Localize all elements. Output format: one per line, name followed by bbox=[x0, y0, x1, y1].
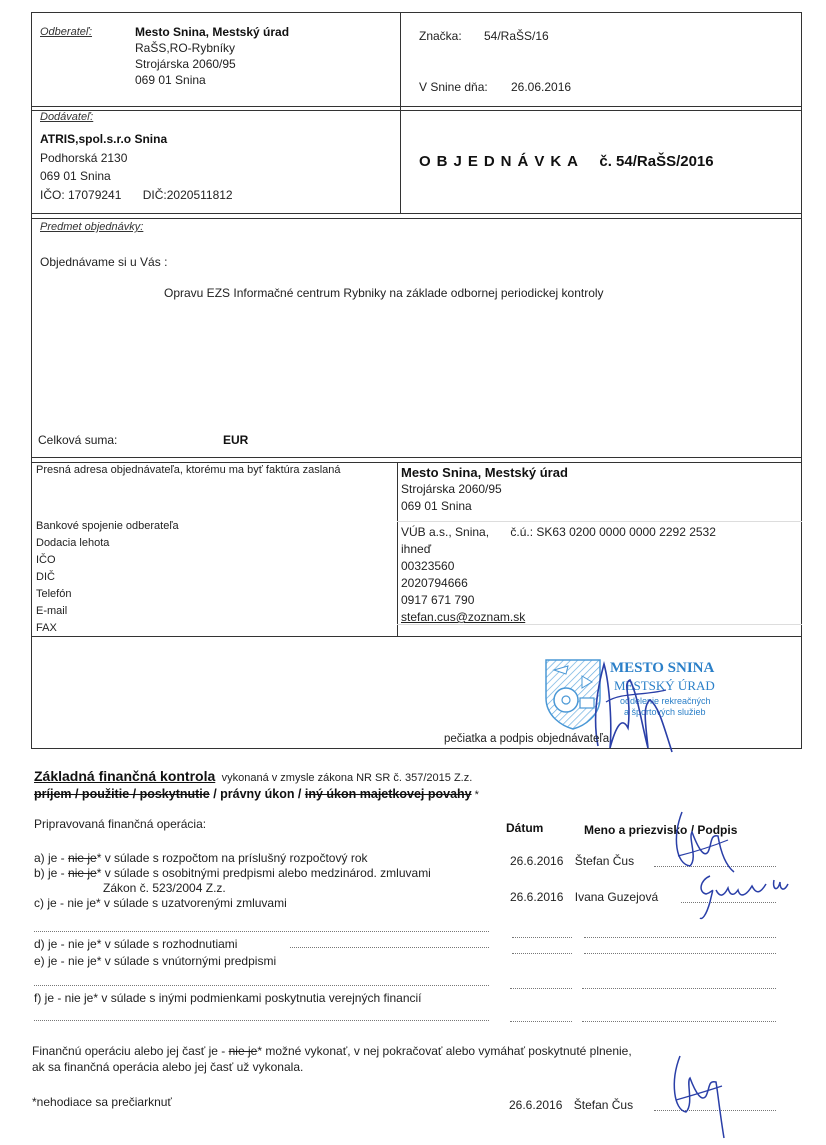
control-title-row: Základná finančná kontrola vykonaná v zm… bbox=[34, 768, 472, 784]
name-dotted-line bbox=[584, 937, 776, 938]
orderer-label: Odberateľ: bbox=[40, 26, 92, 38]
signature-name: Štefan Čus bbox=[575, 854, 634, 868]
control-title-rest: vykonaná v zmysle zákona NR SR č. 357/20… bbox=[222, 772, 473, 784]
delivery-value: ihneď bbox=[401, 541, 716, 558]
control-item-f: f) je - nie je* v súlade s inými podmien… bbox=[34, 990, 422, 1006]
type-struck-1: príjem / použitie / poskytnutie bbox=[34, 787, 210, 801]
signature-icon bbox=[668, 1052, 728, 1142]
supplier-line: Podhorská 2130 bbox=[40, 149, 233, 168]
order-title: OBJEDNÁVKA č. 54/RaŠS/2016 bbox=[419, 153, 714, 170]
orderer-line: RaŠS,RO-Rybníky bbox=[135, 40, 289, 56]
bank-name: VÚB a.s., Snina, bbox=[401, 525, 489, 539]
divider bbox=[397, 462, 398, 636]
date-dotted-line bbox=[510, 1021, 572, 1022]
signature-name: Ivana Guzejová bbox=[575, 890, 658, 904]
type-kept: / právny úkon / bbox=[210, 787, 305, 801]
bank-row: VÚB a.s., Snina, č.ú.: SK63 0200 0000 00… bbox=[401, 524, 716, 541]
supplier-block: ATRIS,spol.s.r.o Snina Podhorská 2130 06… bbox=[40, 130, 233, 204]
signature-icon bbox=[694, 872, 794, 922]
signature-icon bbox=[668, 808, 738, 878]
signature-row: 26.6.2016 Štefan Čus bbox=[510, 853, 634, 869]
dotted-line bbox=[290, 947, 489, 948]
control-item-e: e) je - nie je* v súlade s vnútornými pr… bbox=[34, 953, 276, 969]
divider bbox=[31, 457, 802, 458]
total-label: Celková suma: bbox=[38, 432, 117, 448]
divider bbox=[31, 218, 802, 219]
final-statement-line-2: ak sa finančná operácia alebo jej časť u… bbox=[32, 1059, 632, 1075]
divider bbox=[31, 106, 802, 107]
subject-intro: Objednávame si u Vás : bbox=[40, 254, 167, 270]
orderer-line: Strojárska 2060/95 bbox=[135, 56, 289, 72]
name-dotted-line bbox=[582, 1021, 776, 1022]
date-dotted-line bbox=[510, 988, 572, 989]
final-signature-date: 26.6.2016 bbox=[509, 1098, 562, 1112]
billing-address-label: Presná adresa objednávateľa, ktorému ma … bbox=[36, 462, 341, 479]
ico-value: 00323560 bbox=[401, 558, 716, 575]
bank-account: č.ú.: SK63 0200 0000 0000 2292 2532 bbox=[510, 525, 716, 539]
znacka-label: Značka: bbox=[419, 28, 462, 44]
type-asterisk: * bbox=[472, 789, 479, 801]
billing-row-label: Telefón bbox=[36, 586, 179, 603]
divider bbox=[31, 110, 802, 111]
date-dotted-line bbox=[512, 953, 572, 954]
control-item-d: d) je - nie je* v súlade s rozhodnutiami bbox=[34, 936, 237, 952]
supplier-line: 069 01 Snina bbox=[40, 167, 233, 186]
supplier-ids: IČO: 17079241 DIČ:2020511812 bbox=[40, 186, 233, 205]
orderer-block: Mesto Snina, Mestský úrad RaŠS,RO-Rybník… bbox=[135, 24, 289, 88]
dotted-line bbox=[34, 985, 489, 986]
supplier-dic: DIČ:2020511812 bbox=[143, 188, 233, 202]
footnote: *nehodiace sa prečiarknuť bbox=[32, 1094, 172, 1110]
billing-address-line: Strojárska 2060/95 bbox=[401, 481, 568, 498]
billing-row-label: FAX bbox=[36, 620, 179, 637]
order-number: č. 54/RaŠS/2016 bbox=[599, 153, 713, 170]
control-item-b: b) je - nie je* v súlade s osobitnými pr… bbox=[34, 866, 431, 881]
control-item-a: a) je - nie je* v súlade s rozpočtom na … bbox=[34, 851, 431, 866]
control-title: Základná finančná kontrola bbox=[34, 768, 215, 784]
signature-row: 26.6.2016 Ivana Guzejová bbox=[510, 889, 658, 905]
stamp-caption: pečiatka a podpis objednávateľa bbox=[444, 731, 609, 748]
divider bbox=[31, 213, 802, 214]
dic-value: 2020794666 bbox=[401, 575, 716, 592]
billing-row-label: DIČ bbox=[36, 569, 179, 586]
billing-row-label: IČO bbox=[36, 552, 179, 569]
col-date-header: Dátum bbox=[506, 820, 543, 836]
name-dotted-line bbox=[582, 988, 776, 989]
final-statement-line-1: Finančnú operáciu alebo jej časť je - ni… bbox=[32, 1043, 632, 1059]
phone-value: 0917 671 790 bbox=[401, 592, 716, 609]
final-signature-name: Štefan Čus bbox=[574, 1098, 633, 1112]
total-currency: EUR bbox=[223, 432, 248, 448]
signature-date: 26.6.2016 bbox=[510, 890, 563, 904]
control-item-b-law: Zákon č. 523/2004 Z.z. bbox=[34, 881, 431, 896]
name-dotted-line bbox=[584, 953, 776, 954]
billing-address: Mesto Snina, Mestský úrad Strojárska 206… bbox=[401, 464, 568, 515]
row-rule bbox=[397, 521, 802, 522]
order-title-word: OBJEDNÁVKA bbox=[419, 153, 584, 170]
billing-address-line: 069 01 Snina bbox=[401, 498, 568, 515]
dotted-line bbox=[34, 1020, 489, 1021]
supplier-name: ATRIS,spol.s.r.o Snina bbox=[40, 130, 233, 149]
final-signature-row: 26.6.2016 Štefan Čus bbox=[509, 1097, 633, 1113]
supplier-ico: IČO: 17079241 bbox=[40, 188, 121, 202]
billing-row-label: Dodacia lehota bbox=[36, 535, 179, 552]
orderer-line: 069 01 Snina bbox=[135, 72, 289, 88]
billing-values: VÚB a.s., Snina, č.ú.: SK63 0200 0000 00… bbox=[401, 524, 716, 626]
control-item-c: c) je - nie je* v súlade s uzatvorenými … bbox=[34, 896, 431, 911]
dotted-line bbox=[34, 931, 489, 932]
order-form-frame bbox=[31, 12, 802, 749]
subject-label: Predmet objednávky: bbox=[40, 221, 143, 233]
orderer-name: Mesto Snina, Mestský úrad bbox=[135, 24, 289, 40]
date-value: 26.06.2016 bbox=[511, 79, 571, 95]
date-dotted-line bbox=[512, 937, 572, 938]
operation-label: Pripravovaná finančná operácia: bbox=[34, 816, 206, 832]
signature-date: 26.6.2016 bbox=[510, 854, 563, 868]
date-label: V Snine dňa: bbox=[419, 79, 488, 95]
billing-row-label: E-mail bbox=[36, 603, 179, 620]
control-items: a) je - nie je* v súlade s rozpočtom na … bbox=[34, 851, 431, 911]
billing-row-label: Bankové spojenie odberateľa bbox=[36, 518, 179, 535]
divider bbox=[400, 12, 401, 213]
znacka-value: 54/RaŠS/16 bbox=[484, 28, 549, 44]
billing-address-name: Mesto Snina, Mestský úrad bbox=[401, 464, 568, 481]
control-type-row: príjem / použitie / poskytnutie / právny… bbox=[34, 787, 479, 801]
subject-text: Opravu EZS Informačné centrum Rybniky na… bbox=[164, 285, 604, 301]
billing-labels: Bankové spojenie odberateľa Dodacia leho… bbox=[36, 518, 179, 637]
final-statement: Finančnú operáciu alebo jej časť je - ni… bbox=[32, 1043, 632, 1075]
supplier-label: Dodávateľ: bbox=[40, 111, 93, 123]
type-struck-2: iný úkon majetkovej povahy bbox=[305, 787, 472, 801]
row-rule bbox=[397, 624, 802, 625]
